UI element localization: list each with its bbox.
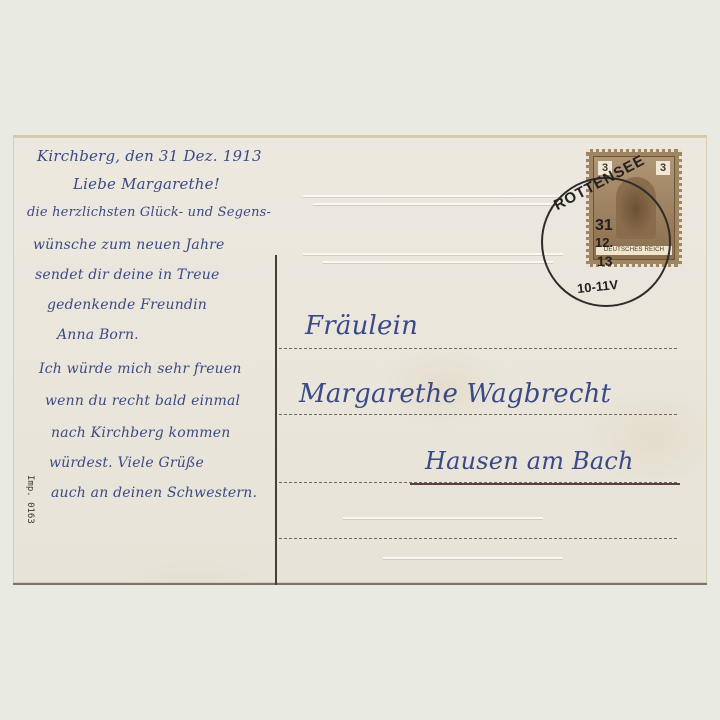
emboss-line [303, 195, 563, 197]
message-line: würdest. Viele Grüße [49, 455, 204, 471]
card-divider [275, 255, 277, 585]
recipient-name: Margarethe Wagbrecht [299, 379, 611, 409]
postmark-time: 10-11V [576, 277, 619, 296]
message-dateline: Kirchberg, den 31 Dez. 1913 [37, 147, 262, 165]
message-line: Anna Born. [57, 327, 139, 343]
message-line: wünsche zum neuen Jahre [33, 237, 225, 253]
recipient-title: Fräulein [305, 311, 418, 341]
address-line [279, 414, 677, 415]
address-line [279, 538, 677, 539]
emboss-line [303, 253, 563, 255]
imprint-number: Imp. 0163 [25, 475, 35, 524]
address-line [279, 348, 677, 349]
message-line: nach Kirchberg kommen [51, 425, 230, 441]
message-line: sendet dir deine in Treue [35, 267, 219, 283]
emboss-line [383, 557, 563, 559]
recipient-place: Hausen am Bach [425, 447, 634, 475]
place-underline [410, 483, 680, 485]
postmark-day: 31 [595, 217, 613, 235]
message-line: wenn du recht bald einmal [45, 393, 240, 409]
message-line: Ich würde mich sehr freuen [39, 361, 242, 377]
message-line: gedenkende Freundin [47, 297, 207, 313]
message-line: die herzlichsten Glück- und Segens- [27, 205, 271, 220]
stamp-value-right: 3 [656, 161, 670, 175]
emboss-line [323, 261, 553, 263]
message-line: auch an deinen Schwestern. [51, 485, 257, 501]
postcard: Kirchberg, den 31 Dez. 1913 Liebe Margar… [13, 135, 707, 583]
emboss-line [343, 517, 543, 519]
postmark-year: 13 [597, 253, 613, 269]
postmark-month: 12. [595, 235, 613, 250]
message-salutation: Liebe Margarethe! [73, 175, 220, 193]
emboss-line [313, 203, 563, 205]
postmark-cancel: ROTTENSEE 31 12. 13 10-11V [541, 177, 671, 307]
